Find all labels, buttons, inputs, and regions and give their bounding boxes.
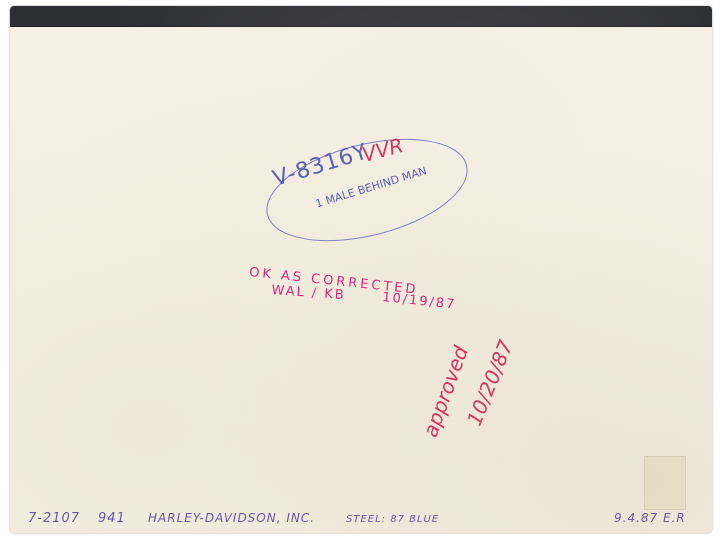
client-name: HARLEY-DAVIDSON, INC. bbox=[148, 511, 315, 525]
job-sub-number: 941 bbox=[98, 511, 126, 526]
date-initials: 9.4.87 E.R bbox=[614, 511, 686, 525]
job-code: 7-2107 bbox=[28, 511, 80, 526]
top-dark-band bbox=[10, 6, 712, 27]
photo-back bbox=[10, 6, 712, 533]
tape-patch bbox=[644, 456, 686, 510]
steel-note: STEEL: 87 BLUE bbox=[346, 514, 439, 525]
